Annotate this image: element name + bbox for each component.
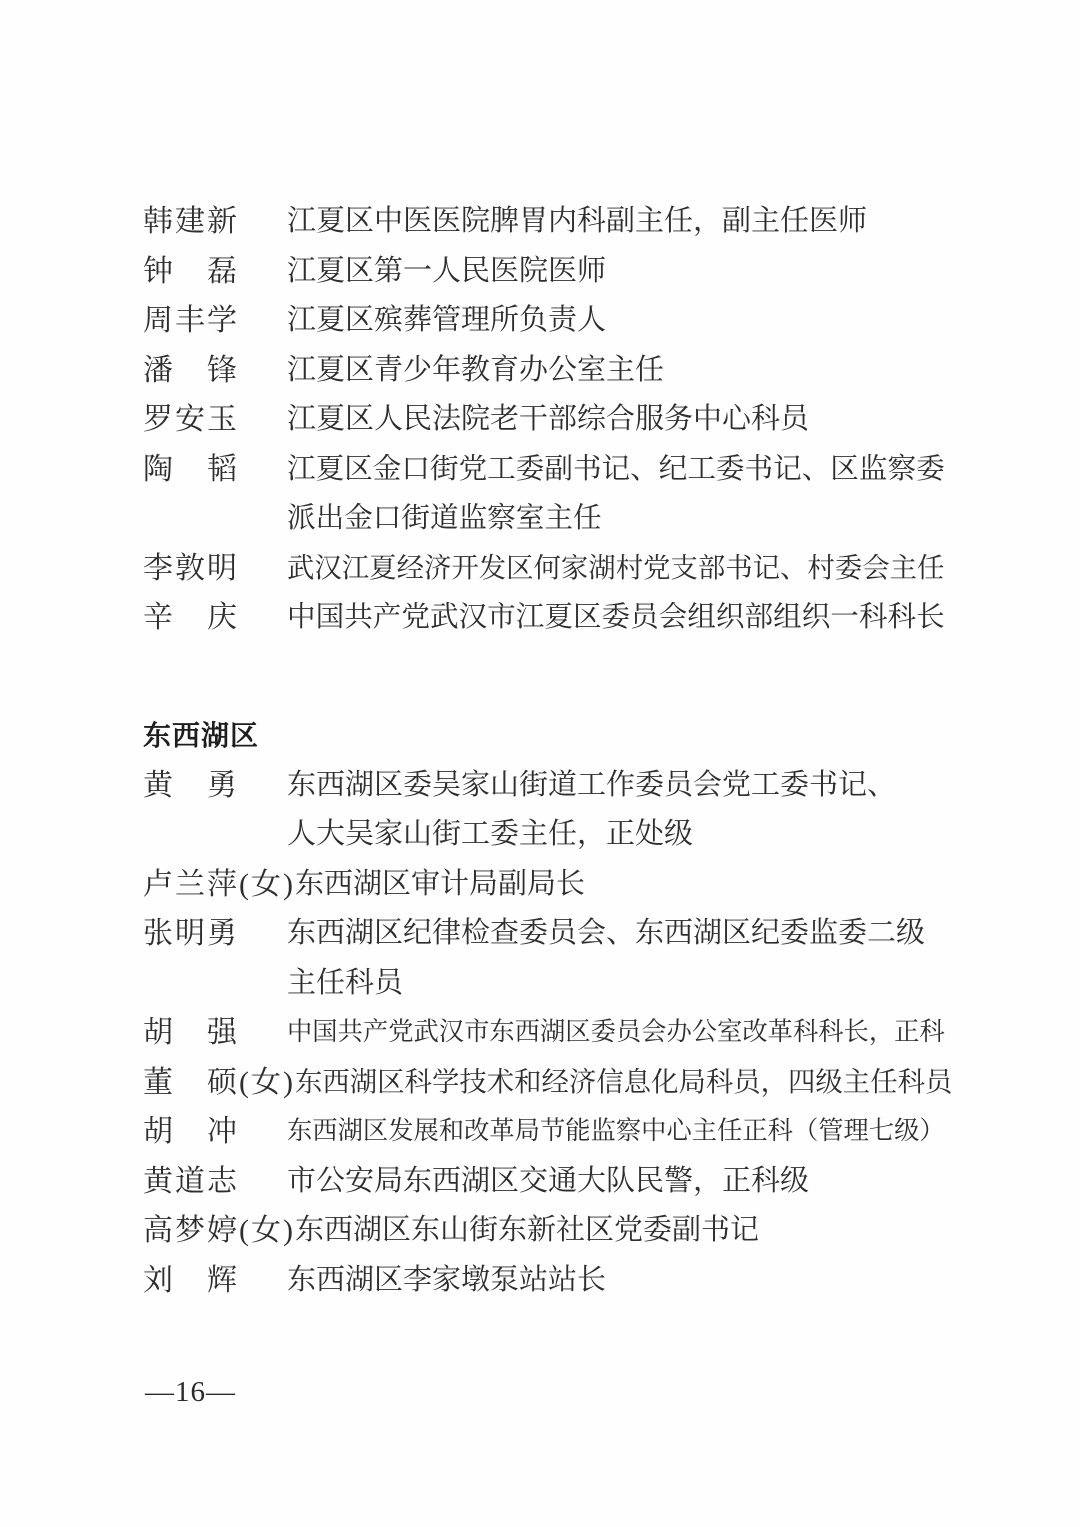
person-title: 东西湖区发展和改革局节能监察中心主任正科（管理七级） bbox=[287, 1107, 953, 1157]
person-title: 东西湖区委吴家山街道工作委员会党工委书记、 人大吴家山街工委主任，正处级 bbox=[287, 761, 953, 860]
award-entry: 卢兰萍(女) 东西湖区审计局副局长 bbox=[143, 860, 953, 910]
person-title: 东西湖区东山街东新社区党委副书记 bbox=[295, 1206, 953, 1256]
person-name: 潘 锋 bbox=[143, 346, 287, 396]
person-title: 江夏区中医医院脾胃内科副主任，副主任医师 bbox=[287, 197, 953, 247]
person-name: 卢兰萍(女) bbox=[143, 860, 295, 910]
person-title: 中国共产党武汉市江夏区委员会组织部组织一科科长 bbox=[287, 593, 953, 643]
person-name: 钟 磊 bbox=[143, 247, 287, 297]
award-entry: 陶 韬 江夏区金口街党工委副书记、纪工委书记、区监察委 派出金口街道监察室主任 bbox=[143, 445, 953, 544]
district-section: 东西湖区 黄 勇 东西湖区委吴家山街道工作委员会党工委书记、 人大吴家山街工委主… bbox=[143, 711, 953, 1306]
award-entry: 韩建新 江夏区中医医院脾胃内科副主任，副主任医师 bbox=[143, 197, 953, 247]
person-title: 东西湖区纪律检查委员会、东西湖区纪委监委二级 主任科员 bbox=[287, 909, 953, 1008]
person-name: 罗安玉 bbox=[143, 395, 287, 445]
person-title: 江夏区金口街党工委副书记、纪工委书记、区监察委 派出金口街道监察室主任 bbox=[287, 445, 953, 544]
award-entry: 钟 磊 江夏区第一人民医院医师 bbox=[143, 247, 953, 297]
award-entry: 董 硕(女) 东西湖区科学技术和经济信息化局科员，四级主任科员 bbox=[143, 1058, 953, 1108]
person-title: 江夏区青少年教育办公室主任 bbox=[287, 346, 953, 396]
award-entry: 刘 辉 东西湖区李家墩泵站站长 bbox=[143, 1256, 953, 1306]
person-title: 江夏区殡葬管理所负责人 bbox=[287, 296, 953, 346]
person-name: 黄 勇 bbox=[143, 761, 287, 811]
person-title: 东西湖区科学技术和经济信息化局科员，四级主任科员 bbox=[295, 1058, 953, 1108]
person-name: 刘 辉 bbox=[143, 1256, 287, 1306]
person-name: 辛 庆 bbox=[143, 593, 287, 643]
person-name: 董 硕(女) bbox=[143, 1058, 295, 1108]
person-name: 韩建新 bbox=[143, 197, 287, 247]
person-title: 市公安局东西湖区交通大队民警，正科级 bbox=[287, 1157, 953, 1207]
award-entry: 罗安玉 江夏区人民法院老干部综合服务中心科员 bbox=[143, 395, 953, 445]
person-title: 中国共产党武汉市东西湖区委员会办公室改革科科长，正科 bbox=[287, 1008, 953, 1058]
district-entries: 韩建新 江夏区中医医院脾胃内科副主任，副主任医师 钟 磊 江夏区第一人民医院医师… bbox=[143, 197, 953, 643]
award-entry: 辛 庆 中国共产党武汉市江夏区委员会组织部组织一科科长 bbox=[143, 593, 953, 643]
person-title: 江夏区人民法院老干部综合服务中心科员 bbox=[287, 395, 953, 445]
person-name: 张明勇 bbox=[143, 909, 287, 959]
award-entry: 黄道志 市公安局东西湖区交通大队民警，正科级 bbox=[143, 1157, 953, 1207]
person-name: 胡 冲 bbox=[143, 1107, 287, 1157]
award-list: 韩建新 江夏区中医医院脾胃内科副主任，副主任医师 钟 磊 江夏区第一人民医院医师… bbox=[143, 197, 953, 1305]
person-name: 李敦明 bbox=[143, 544, 287, 594]
person-title: 东西湖区李家墩泵站站长 bbox=[287, 1256, 953, 1306]
person-title: 江夏区第一人民医院医师 bbox=[287, 247, 953, 297]
award-entry: 潘 锋 江夏区青少年教育办公室主任 bbox=[143, 346, 953, 396]
award-entry: 黄 勇 东西湖区委吴家山街道工作委员会党工委书记、 人大吴家山街工委主任，正处级 bbox=[143, 761, 953, 860]
page-number: —16— bbox=[145, 1372, 236, 1412]
award-entry: 李敦明 武汉江夏经济开发区何家湖村党支部书记、村委会主任 bbox=[143, 544, 953, 594]
person-name: 胡 强 bbox=[143, 1008, 287, 1058]
person-title: 东西湖区审计局副局长 bbox=[295, 860, 953, 910]
award-entry: 周丰学 江夏区殡葬管理所负责人 bbox=[143, 296, 953, 346]
award-entry: 胡 强 中国共产党武汉市东西湖区委员会办公室改革科科长，正科 bbox=[143, 1008, 953, 1058]
district-header: 东西湖区 bbox=[143, 711, 953, 761]
award-entry: 高梦婷(女) 东西湖区东山街东新社区党委副书记 bbox=[143, 1206, 953, 1256]
person-name: 陶 韬 bbox=[143, 445, 287, 495]
person-name: 周丰学 bbox=[143, 296, 287, 346]
district-section: 韩建新 江夏区中医医院脾胃内科副主任，副主任医师 钟 磊 江夏区第一人民医院医师… bbox=[143, 197, 953, 643]
person-name: 黄道志 bbox=[143, 1157, 287, 1207]
person-name: 高梦婷(女) bbox=[143, 1206, 295, 1256]
district-entries: 黄 勇 东西湖区委吴家山街道工作委员会党工委书记、 人大吴家山街工委主任，正处级… bbox=[143, 761, 953, 1306]
person-title: 武汉江夏经济开发区何家湖村党支部书记、村委会主任 bbox=[287, 544, 953, 594]
award-entry: 胡 冲 东西湖区发展和改革局节能监察中心主任正科（管理七级） bbox=[143, 1107, 953, 1157]
document-page: 韩建新 江夏区中医医院脾胃内科副主任，副主任医师 钟 磊 江夏区第一人民医院医师… bbox=[0, 0, 1080, 1527]
award-entry: 张明勇 东西湖区纪律检查委员会、东西湖区纪委监委二级 主任科员 bbox=[143, 909, 953, 1008]
